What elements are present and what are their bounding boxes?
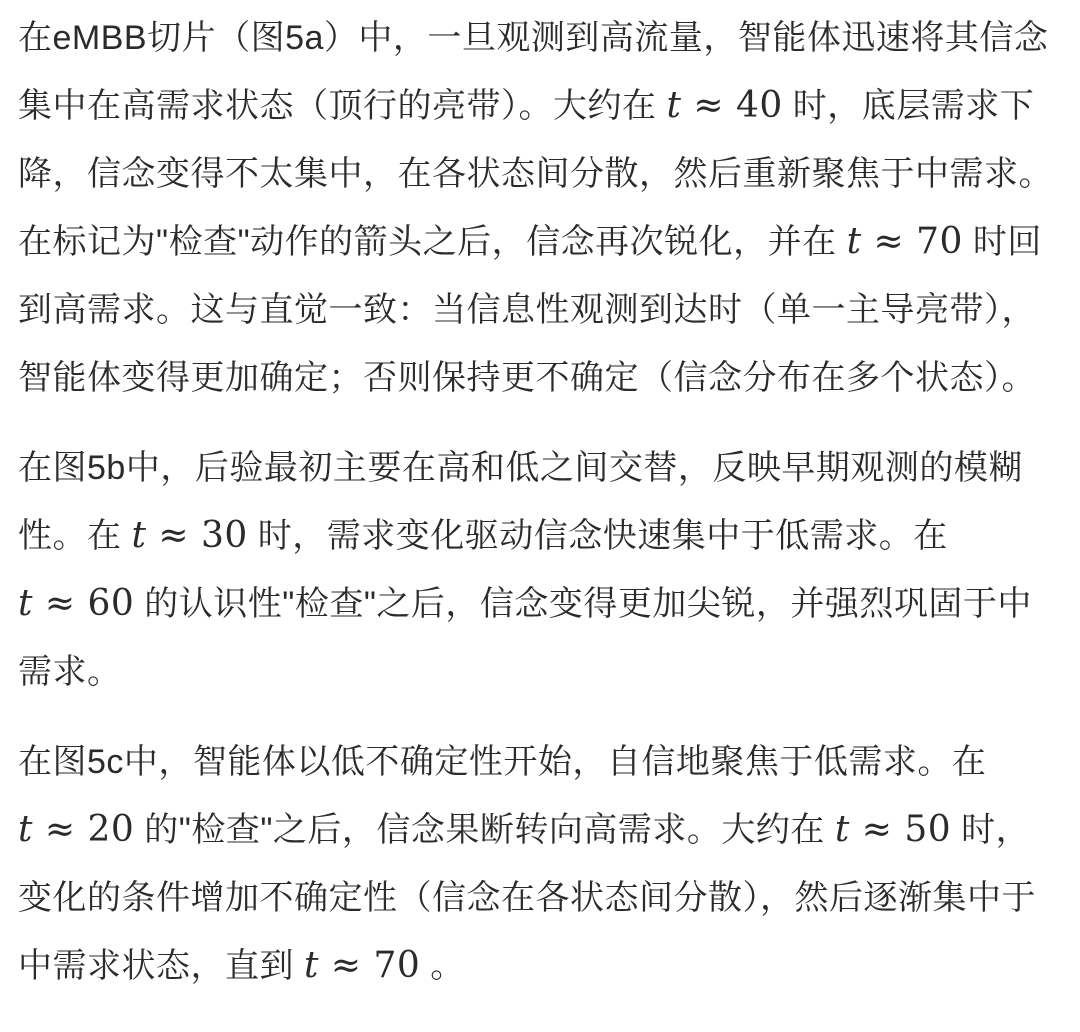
text-run: 时，需求变化驱动信念快速集中于低需求。在 xyxy=(248,517,948,555)
inline-math: t ≈ 70 xyxy=(847,221,963,262)
math-variable: t xyxy=(18,583,33,624)
math-relation-value: ≈ 30 xyxy=(146,515,247,556)
inline-math: t ≈ 20 xyxy=(18,809,134,850)
inline-math: t ≈ 40 xyxy=(666,85,782,126)
math-relation-value: ≈ 70 xyxy=(319,945,420,986)
inline-math: t ≈ 70 xyxy=(304,945,420,986)
math-variable: t xyxy=(666,85,681,126)
document-body: 在eMBB切片（图5a）中，一旦观测到高流量，智能体迅速将其信念集中在高需求状态… xyxy=(0,0,1080,1032)
math-variable: t xyxy=(18,809,33,850)
inline-math: t ≈ 50 xyxy=(835,809,951,850)
math-variable: t xyxy=(847,221,862,262)
math-relation-value: ≈ 20 xyxy=(33,809,134,850)
math-relation-value: ≈ 60 xyxy=(33,583,134,624)
math-variable: t xyxy=(304,945,319,986)
math-relation-value: ≈ 70 xyxy=(862,221,963,262)
math-variable: t xyxy=(131,515,146,556)
text-run: 的认识性"检查"之后，信念变得更加尖锐，并强烈巩固于中需求。 xyxy=(18,585,1032,691)
paragraph-fig5c: 在图5c中，智能体以低不确定性开始，自信地聚焦于低需求。在 t ≈ 20 的"检… xyxy=(18,728,1060,1000)
inline-math: t ≈ 60 xyxy=(18,583,134,624)
text-run: 在图5c中，智能体以低不确定性开始，自信地聚焦于低需求。在 xyxy=(18,743,986,781)
text-run: 的"检查"之后，信念果断转向高需求。大约在 xyxy=(134,811,835,849)
paragraph-fig5a: 在eMBB切片（图5a）中，一旦观测到高流量，智能体迅速将其信念集中在高需求状态… xyxy=(18,4,1060,412)
math-relation-value: ≈ 50 xyxy=(850,809,951,850)
text-run: 。 xyxy=(420,947,464,985)
inline-math: t ≈ 30 xyxy=(131,515,247,556)
math-relation-value: ≈ 40 xyxy=(681,85,782,126)
paragraph-fig5b: 在图5b中，后验最初主要在高和低之间交替，反映早期观测的模糊性。在 t ≈ 30… xyxy=(18,434,1060,706)
math-variable: t xyxy=(835,809,850,850)
